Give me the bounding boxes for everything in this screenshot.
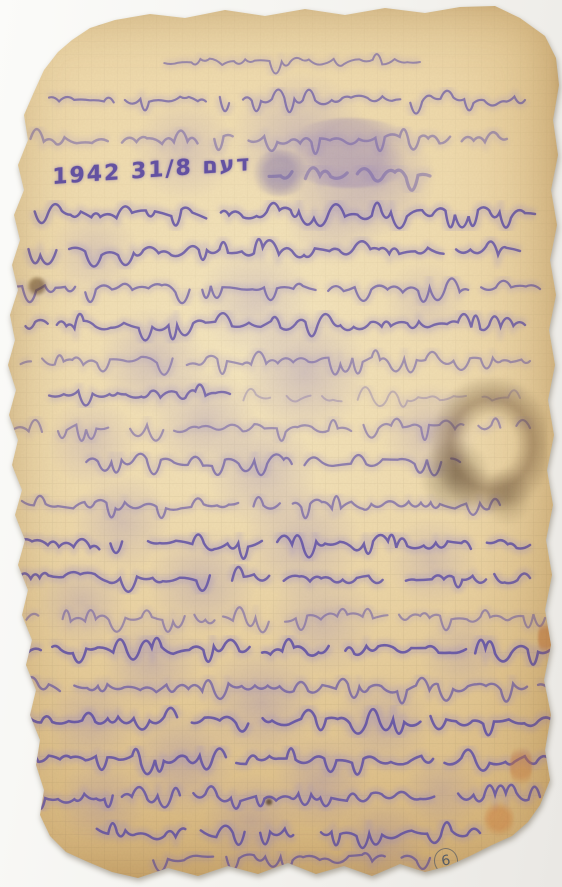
speck-top bbox=[95, 19, 101, 25]
page-number-value: 6 bbox=[440, 852, 452, 869]
scan-background: דעם 31/8 1942 6 bbox=[0, 0, 562, 887]
manuscript-page: דעם 31/8 1942 6 bbox=[0, 0, 562, 887]
edge-vignette bbox=[0, 0, 562, 887]
